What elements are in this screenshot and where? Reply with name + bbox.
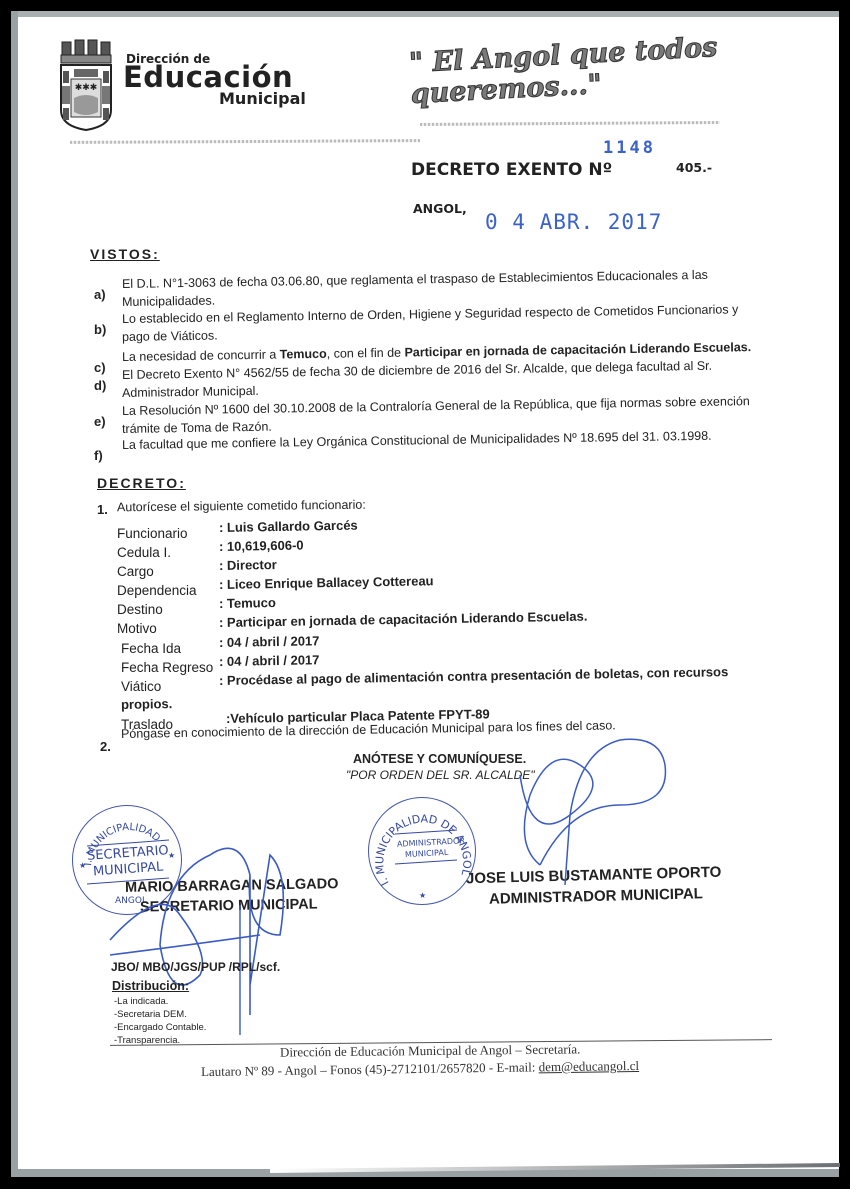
distribution-title: Distribución: [112,979,189,993]
decree-number-stamp: 1148 [603,138,656,158]
initials: JBO/ MBO/JGS/PUP /RPL/scf. [111,960,280,974]
svg-text:★: ★ [419,891,426,900]
decree-number: 405.- [676,160,712,175]
distribution-item: -Encargado Contable. [114,1022,206,1033]
list-letter: d) [94,378,106,393]
closing-line: ANÓTESE Y COMUNÍQUESE. [353,752,526,766]
field-value: : 04 / abril / 2017 [219,633,320,650]
field-label: Funcionario [117,526,188,541]
field-value: : Director [219,557,277,573]
field-label: Motivo [117,621,157,636]
field-label: Fecha Regreso [121,660,213,675]
svg-text:★: ★ [79,861,86,870]
coat-of-arms-icon: ✱✱✱ [58,38,114,132]
decree-title: DECRETO EXENTO Nº [411,160,612,180]
logo-subtitle-2: Municipal [219,89,306,108]
place-label: ANGOL, [413,201,467,216]
field-value: propios. [121,696,173,712]
closing-order: "POR ORDEN DEL SR. ALCALDE" [346,768,535,782]
seal-administrador: I. MUNICIPALIDAD DE ANGOL ★ ADMINISTRADO… [368,797,476,905]
visto-text: Municipalidades. [122,294,215,309]
field-label: Destino [117,602,163,617]
field-value: : Luis Gallardo Garcés [219,518,358,535]
field-label: Fecha Ida [121,641,181,656]
list-letter: c) [94,360,106,375]
email-link[interactable]: dem@educangol.cl [539,1058,640,1074]
field-label: Dependencia [117,583,197,598]
item-number: 2. [100,739,111,754]
scan-edge [11,11,18,1177]
list-letter: a) [94,287,106,302]
svg-text:★: ★ [168,851,175,860]
date-stamp: 0 4 ABR. 2017 [485,210,662,234]
field-value: : 10,619,606-0 [219,538,304,554]
visto-text: pago de Viáticos. [122,328,218,344]
field-value: : 04 / abril / 2017 [219,652,320,669]
visto-text-part: , con el fin de [327,346,405,361]
footer-line-1: Dirección de Educación Municipal de Ango… [280,1041,580,1060]
item-number: 1. [97,502,108,517]
visto-text-part: Temuco [280,347,327,362]
visto-text: Administrador Municipal. [122,384,259,400]
visto-text: trámite de Toma de Razón. [122,420,272,436]
distribution-item: -La indicada. [114,996,168,1007]
section-title-decreto: DECRETO: [97,475,186,491]
distribution-item: -Secretaria DEM. [114,1009,187,1020]
field-label: Viático [121,679,161,694]
signatory-role: SECRETARIO MUNICIPAL [140,896,318,915]
list-letter: b) [94,322,106,337]
field-label: Cedula I. [117,545,171,560]
decree-item-text: Autorícese el siguiente cometido funcion… [117,498,366,515]
section-title-vistos: VISTOS: [90,246,160,262]
list-letter: e) [94,414,106,429]
field-label: Cargo [117,564,154,579]
list-letter: f) [94,448,103,463]
visto-text-part: La necesidad de concurrir a [122,348,280,364]
field-value: : Temuco [219,595,276,611]
svg-text:✱✱✱: ✱✱✱ [75,82,98,92]
